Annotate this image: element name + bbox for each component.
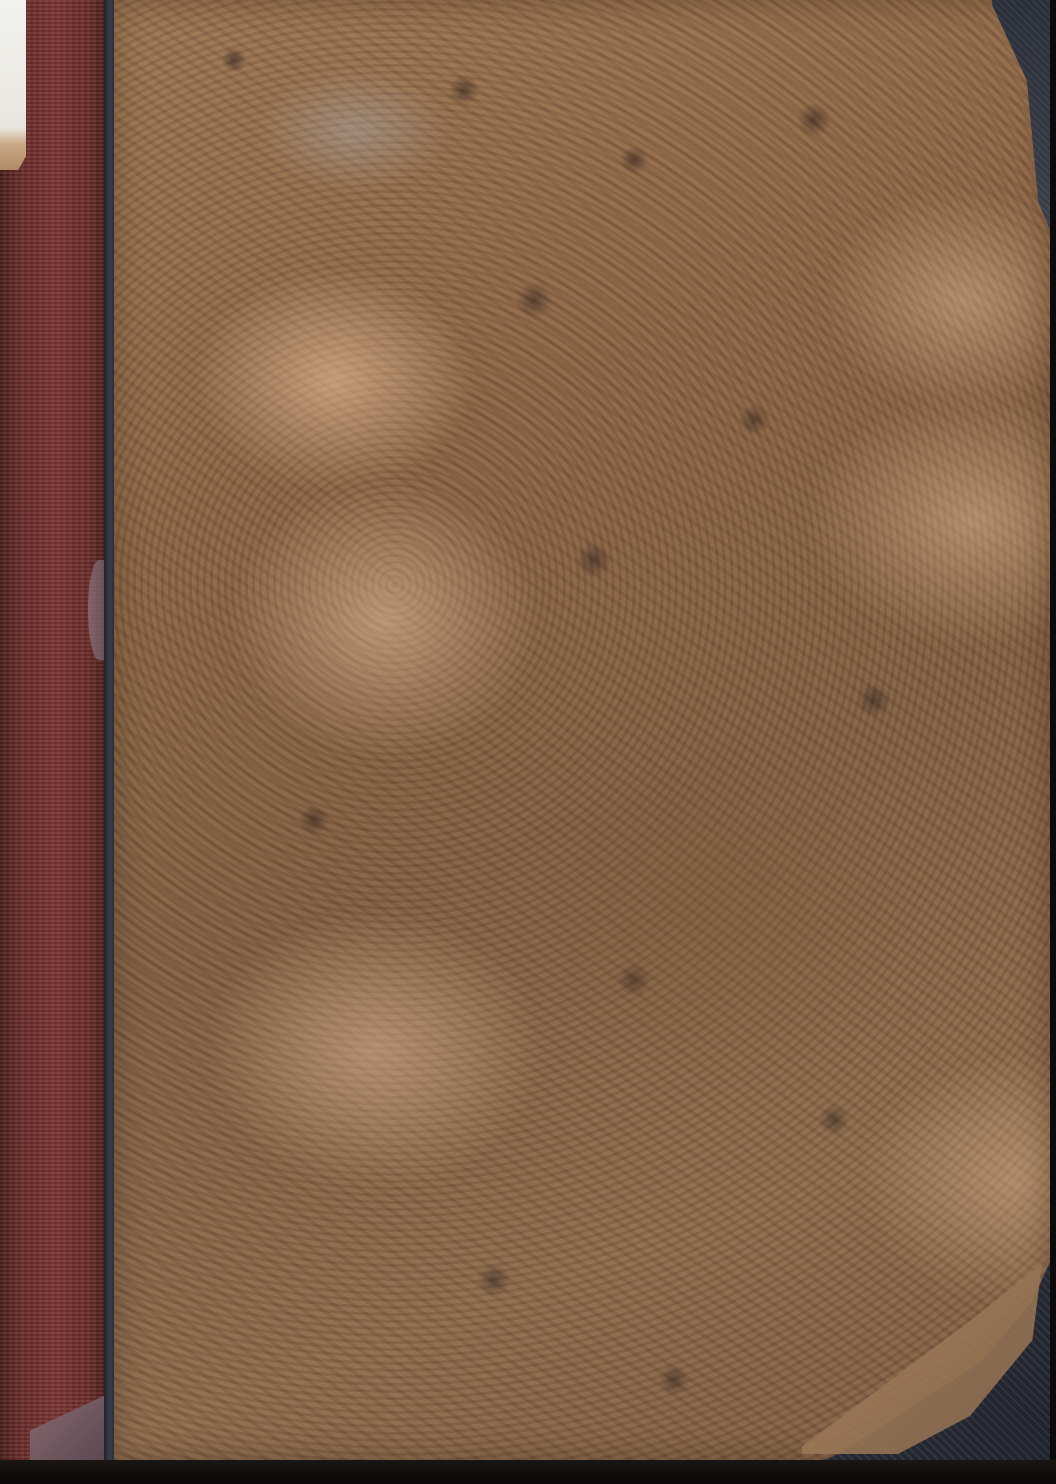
book-photo xyxy=(0,0,1056,1484)
book-spine-red-cloth xyxy=(0,0,112,1462)
marbled-front-cover xyxy=(114,0,1050,1462)
spine-paper-label xyxy=(0,0,26,170)
bottom-edge-shadow xyxy=(0,1460,1056,1484)
